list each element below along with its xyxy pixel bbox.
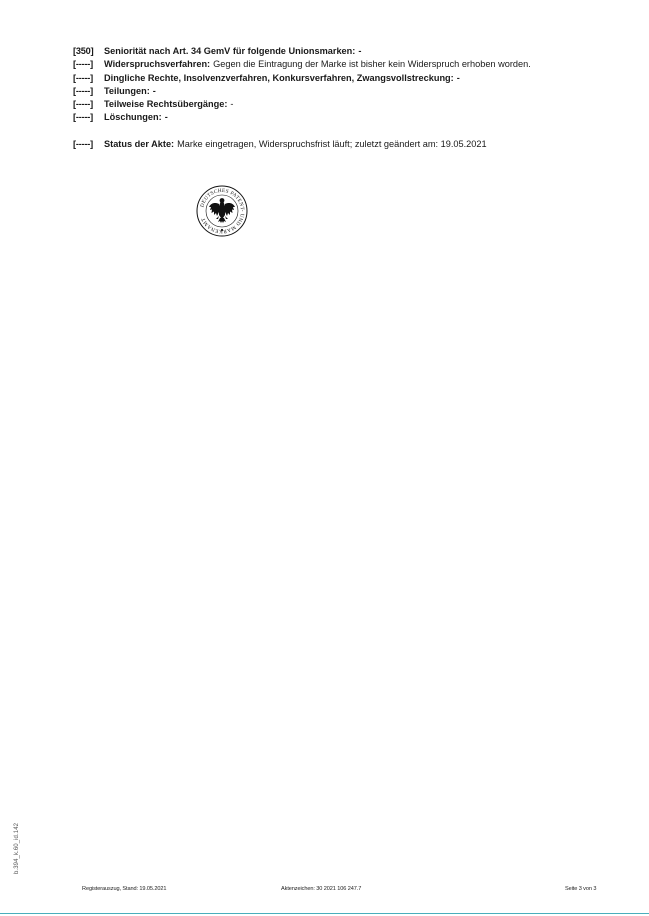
entry-code: [-----] (73, 98, 104, 111)
entry-value: - (230, 98, 233, 111)
entry-seniority: [350] Seniorität nach Art. 34 GemV für f… (73, 45, 633, 58)
footer-file-number: Aktenzeichen: 30 2021 106 247.7 (281, 886, 361, 892)
entry-label: Teilweise Rechtsübergänge: (104, 98, 227, 111)
federal-eagle-seal-icon: DEUTSCHES PATENT- UND MARKENAMT (196, 185, 248, 237)
entry-value: - (153, 85, 156, 98)
entry-value: Gegen die Eintragung der Marke ist bishe… (213, 58, 531, 71)
entry-divisions: [-----] Teilungen: - (73, 85, 633, 98)
bottom-rule (0, 913, 649, 914)
entry-value: - (358, 45, 361, 58)
footer-page-number: Seite 3 von 3 (565, 886, 596, 892)
entry-code: [-----] (73, 72, 104, 85)
file-status: [-----] Status der Akte: Marke eingetrag… (73, 138, 633, 151)
document-side-id: b.394_k.60_id.142 (14, 823, 20, 874)
entry-code: [350] (73, 45, 104, 58)
entry-label: Seniorität nach Art. 34 GemV für folgend… (104, 45, 355, 58)
entry-label: Widerspruchsverfahren: (104, 58, 210, 71)
entry-code: [-----] (73, 58, 104, 71)
entry-value: - (457, 72, 460, 85)
entry-cancellations: [-----] Löschungen: - (73, 111, 633, 124)
register-entries: [350] Seniorität nach Art. 34 GemV für f… (73, 45, 633, 151)
entry-label: Dingliche Rechte, Insolvenzverfahren, Ko… (104, 72, 454, 85)
status-label: Status der Akte: (104, 138, 174, 151)
entry-label: Löschungen: (104, 111, 162, 124)
entry-value: - (165, 111, 168, 124)
entry-code: [-----] (73, 111, 104, 124)
entry-label: Teilungen: (104, 85, 150, 98)
footer-register-extract: Registerauszug, Stand: 19.05.2021 (82, 886, 166, 892)
entry-code: [-----] (73, 85, 104, 98)
entry-opposition: [-----] Widerspruchsverfahren: Gegen die… (73, 58, 633, 71)
status-value: Marke eingetragen, Widerspruchsfrist läu… (177, 138, 486, 151)
entry-rights-insolvency: [-----] Dingliche Rechte, Insolvenzverfa… (73, 72, 633, 85)
entry-partial-transfers: [-----] Teilweise Rechtsübergänge: - (73, 98, 633, 111)
status-code: [-----] (73, 138, 104, 151)
